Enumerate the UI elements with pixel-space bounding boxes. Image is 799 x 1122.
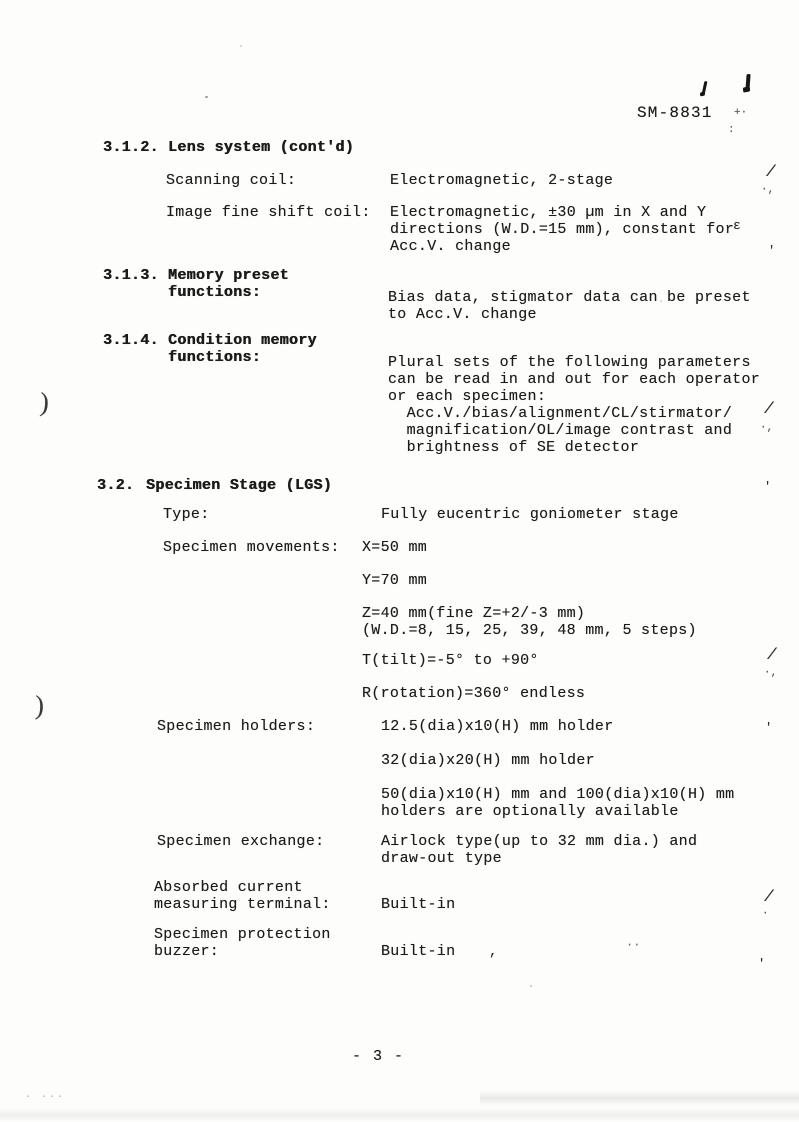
spec-label-specimen-exchange: Specimen exchange: bbox=[157, 833, 324, 850]
page-number: - 3 - bbox=[352, 1048, 405, 1065]
spec-value-holder-optional: 50(dia)x10(H) mm and 100(dia)x10(H) mm h… bbox=[381, 786, 734, 820]
section-memory-preset-number: 3.1.3. bbox=[103, 267, 159, 284]
stray-tick-mark: ' bbox=[764, 480, 771, 494]
spec-value-movement-x: X=50 mm bbox=[362, 539, 427, 556]
stray-dots-mark: ·· bbox=[626, 938, 640, 952]
section-memory-preset-title: Memory preset functions: bbox=[168, 267, 289, 301]
spec-label-absorbed-current: Absorbed current measuring terminal: bbox=[154, 879, 331, 913]
spec-value-image-fine-shift-coil: Electromagnetic, ±30 µm in X and Y direc… bbox=[390, 204, 734, 255]
section-specimen-stage-number: 3.2. bbox=[97, 477, 134, 494]
stray-slash-mark: / bbox=[766, 163, 776, 181]
spec-label-specimen-movements: Specimen movements: bbox=[163, 539, 340, 556]
stray-plus-mark: +· bbox=[734, 107, 747, 119]
section-condition-memory-title: Condition memory functions: bbox=[168, 332, 317, 366]
spec-label-scanning-coil: Scanning coil: bbox=[166, 172, 296, 189]
handwritten-paren-mark: ) bbox=[39, 387, 50, 419]
section-specimen-stage-title: Specimen Stage (LGS) bbox=[146, 477, 332, 494]
scan-edge-shadow bbox=[480, 1090, 799, 1106]
dust-speck bbox=[660, 300, 662, 302]
ink-blot bbox=[700, 92, 706, 97]
spec-label-protection-buzzer: Specimen protection buzzer: bbox=[154, 926, 331, 960]
stray-dots-mark: ·, bbox=[761, 184, 774, 196]
stray-dots-mark: ·, bbox=[760, 422, 773, 434]
section-condition-memory-number: 3.1.4. bbox=[103, 332, 159, 349]
spec-value-holder-32: 32(dia)x20(H) mm holder bbox=[381, 752, 595, 769]
stray-tick-mark: ' bbox=[768, 244, 775, 258]
section-lens-title: Lens system (cont'd) bbox=[168, 139, 354, 156]
dust-speck bbox=[240, 45, 242, 47]
stray-comma-mark: , bbox=[489, 944, 497, 960]
spec-value-rotation: R(rotation)=360° endless bbox=[362, 685, 585, 702]
stray-colon-mark: : bbox=[728, 124, 735, 136]
spec-value-scanning-coil: Electromagnetic, 2-stage bbox=[390, 172, 613, 189]
dust-speck bbox=[530, 985, 532, 987]
stray-slash-mark: / bbox=[764, 400, 774, 418]
dust-speck bbox=[205, 96, 208, 98]
spec-value-tilt: T(tilt)=-5° to +90° bbox=[362, 652, 539, 669]
spec-value-holder-12: 12.5(dia)x10(H) mm holder bbox=[381, 718, 614, 735]
spec-value-memory-preset: Bias data, stigmator data can be preset … bbox=[388, 289, 751, 323]
handwritten-paren-mark: ) bbox=[34, 690, 44, 721]
stray-dots-mark: ·, bbox=[764, 667, 777, 679]
spec-value-protection-buzzer: Built-in bbox=[381, 943, 455, 960]
spec-value-condition-memory: Plural sets of the following parameters … bbox=[388, 354, 760, 456]
spec-value-movement-z: Z=40 mm(fine Z=+2/-3 mm) (W.D.=8, 15, 25… bbox=[362, 605, 697, 639]
spec-value-movement-y: Y=70 mm bbox=[362, 572, 427, 589]
ink-blot bbox=[743, 86, 751, 92]
spec-label-image-fine-shift-coil: Image fine shift coil: bbox=[166, 204, 371, 221]
spec-value-absorbed-current: Built-in bbox=[381, 896, 455, 913]
stray-slash-mark: / bbox=[764, 888, 774, 906]
stray-tick-mark: ' bbox=[765, 721, 772, 735]
spec-label-type: Type: bbox=[163, 506, 210, 523]
spec-value-type: Fully eucentric goniometer stage bbox=[381, 506, 679, 523]
spec-value-specimen-exchange: Airlock type(up to 32 mm dia.) and draw-… bbox=[381, 833, 697, 867]
scan-edge-shadow bbox=[0, 1108, 799, 1122]
stray-tick-mark: ' bbox=[758, 957, 765, 971]
section-lens-number: 3.1.2. bbox=[103, 139, 159, 156]
document-page: SM-8831 3.1.2. Lens system (cont'd) Scan… bbox=[0, 0, 799, 1122]
stray-epsilon-mark: ɛ bbox=[733, 218, 741, 233]
stray-slash-mark: / bbox=[767, 646, 777, 664]
doc-ref: SM-8831 bbox=[637, 105, 713, 122]
stray-dot-mark: · bbox=[762, 908, 769, 920]
spec-label-specimen-holders: Specimen holders: bbox=[157, 718, 315, 735]
bottom-edge-dots: · ··· bbox=[25, 1092, 65, 1103]
